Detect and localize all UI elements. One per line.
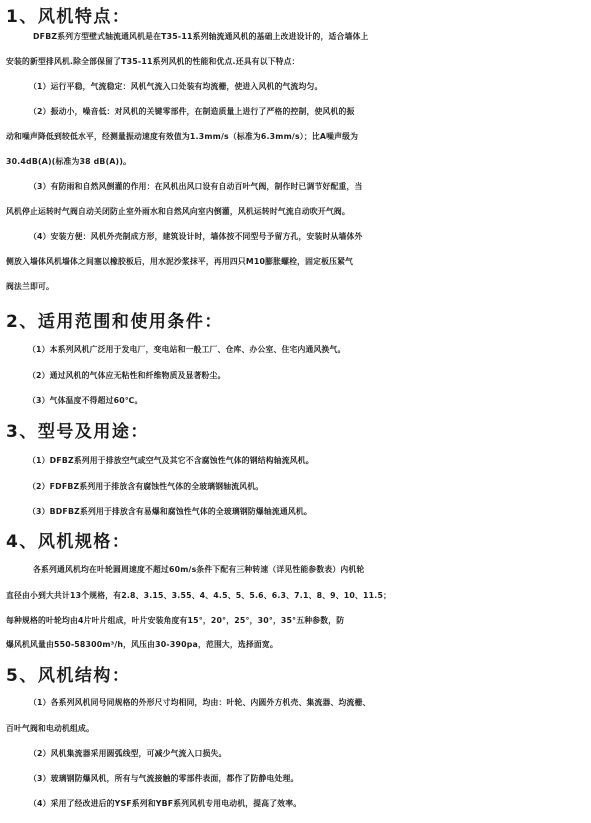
paragraph-line: 直径由小到大共计13个规格，有2.8、3.15、3.55、4、4.5、5、5.6…: [0, 588, 591, 604]
list-item: （1）DFBZ系列用于排放空气或空气及其它不含腐蚀性气体的钢结构轴流风机。: [0, 453, 591, 469]
paragraph-line: 各系列通风机均在叶轮圆周速度不超过60m/s条件下配有三种转速（详见性能参数表）…: [0, 562, 591, 578]
paragraph-line: 风机停止运转时气阀自动关闭防止室外雨水和自然风向室内倒灌，风机运转时气流自动吹开…: [0, 204, 591, 220]
section-heading-specs: 4、风机规格：: [6, 531, 130, 553]
paragraph-line: 动和噪声降低到较低水平，经测量振动速度有效值为1.3mm/s（标准为6.3mm/…: [0, 129, 591, 145]
list-item: （1）本系列风机广泛用于发电厂，变电站和一般工厂、仓库、办公室、住宅内通风换气。: [0, 342, 591, 358]
list-item: （3）玻璃钢防爆风机，所有与气流接触的零部件表面，都作了防静电处理。: [0, 771, 591, 787]
paragraph-line: 爆风机风量由550-58300m³/h，风压由30-390pa，范围大，选择面宽…: [0, 637, 591, 653]
list-item: （2）风机集流器采用圆弧线型，可减少气流入口损失。: [0, 746, 591, 762]
paragraph-line: 侧放入墙体风机墙体之间塞以橡胶板后，用水泥沙浆抹平，再用四只M10膨胀螺栓，固定…: [0, 254, 591, 270]
list-item: （1）运行平稳，气流稳定：风机气流入口处装有均流栅，使进入风机的气流均匀。: [0, 79, 591, 95]
paragraph-line: DFBZ系列方型壁式轴流通风机是在T35-11系列轴流通风机的基础上改进设计的，…: [0, 29, 591, 45]
section-heading-models: 3、型号及用途：: [6, 421, 149, 443]
list-item: （2）FDFBZ系列用于排放含有腐蚀性气体的全玻璃钢轴流风机。: [0, 479, 591, 495]
paragraph-line: 每种规格的叶轮均由4片叶片组成，叶片安装角度有15°，20°，25°，30°，3…: [0, 613, 591, 629]
list-item: （3）BDFBZ系列用于排放含有易爆和腐蚀性气体的全玻璃钢防爆轴流通风机。: [0, 504, 591, 520]
section-heading-features: 1、风机特点：: [6, 6, 130, 28]
section-heading-scope: 2、适用范围和使用条件：: [6, 311, 223, 333]
list-item: （4）采用了经改进后的YSF系列和YBF系列风机专用电动机，提高了效率。: [0, 796, 591, 812]
list-item: （3）气体温度不得超过60℃。: [0, 393, 591, 409]
list-item: （4）安装方便：风机外壳制成方形，建筑设计时，墙体按不同型号予留方孔，安装时从墙…: [0, 229, 591, 245]
section-heading-structure: 5、风机结构：: [6, 665, 130, 687]
paragraph-line: 阀法兰即可。: [0, 279, 591, 295]
paragraph-line: 30.4dB(A)(标准为38 dB(A))。: [0, 154, 591, 170]
list-item: （1）各系列风机同号同规格的外形尺寸均相同，均由：叶轮、内圆外方机壳、集流器、均…: [0, 695, 591, 711]
paragraph-line: 百叶气阀和电动机组成。: [0, 721, 591, 737]
list-item: （2）通过风机的气体应无粘性和纤维物质及显著粉尘。: [0, 368, 591, 384]
paragraph-line: 安装的新型排风机.除全部保留了T35-11系列风机的性能和优点.还具有以下特点：: [0, 54, 591, 70]
list-item: （3）有防雨和自然风倒灌的作用：在风机出风口设有自动百叶气阀，制作时已调节好配重…: [0, 179, 591, 195]
list-item: （2）振动小，噪音低：对风机的关键零部件，在制造质量上进行了严格的控制，使风机的…: [0, 104, 591, 120]
